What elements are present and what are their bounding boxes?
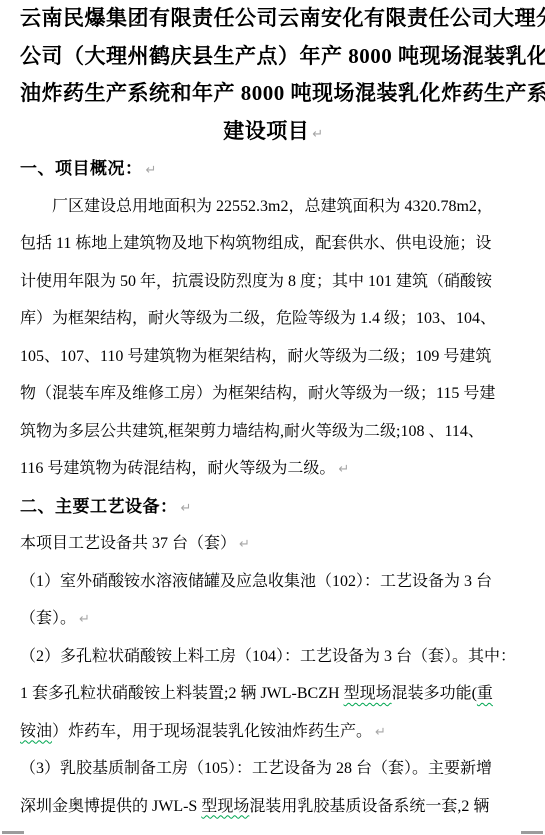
body-line: 筑物为多层公共建筑,框架剪力墙结构,耐火等级为二级;108 、114、: [20, 413, 527, 451]
title-line-1: 云南民爆集团有限责任公司云南安化有限责任公司大理分: [20, 0, 527, 38]
heading-text: 二、主要工艺设备：: [20, 497, 178, 516]
title-text: 油炸药生产系统和年产 8000 吨现场混装乳化炸药生产系统: [20, 81, 545, 105]
title-text: 公司（大理州鹤庆县生产点）年产 8000 吨现场混装乳化铵: [20, 44, 545, 68]
equipment-intro-line: 本项目工艺设备共 37 台（套）↵: [20, 525, 527, 563]
item-1-line: （套）。↵: [20, 600, 527, 638]
body-line: 库）为框架结构，耐火等级为二级，危险等级为 1.4 级；103、104、: [20, 300, 527, 338]
paragraph-mark-icon: ↵: [375, 725, 386, 740]
title-text: 云南民爆集团有限责任公司云南安化有限责任公司大理分: [20, 6, 545, 30]
title-line-4: 建设项目↵: [20, 113, 527, 151]
body-line: 厂区建设总用地面积为 22552.3m2，总建筑面积为 4320.78m2，: [20, 188, 527, 226]
item-2-line: 1 套多孔粒状硝酸铵上料装置;2 辆 JWL-BCZH 型现场混装多功能(重: [20, 675, 527, 713]
heading-text: 一、项目概况：: [20, 159, 143, 178]
item-2-line: 铵油）炸药车，用于现场混装乳化铵油炸药生产。↵: [20, 713, 527, 751]
body-line: 105、107、110 号建筑物为框架结构，耐火等级为二级；109 号建筑: [20, 338, 527, 376]
section-1-heading: 一、项目概况：↵: [20, 150, 527, 188]
item-1-line: （1）室外硝酸铵水溶液储罐及应急收集池（102）：工艺设备为 3 台: [20, 563, 527, 601]
paragraph-mark-icon: ↵: [79, 612, 90, 627]
paragraph-mark-icon: ↵: [312, 127, 323, 142]
item-3-line: （3）乳胶基质制备工房（105）：工艺设备为 28 台（套）。主要新增: [20, 750, 527, 788]
page-bottom-right-bar: [521, 831, 543, 834]
paragraph-mark-icon: ↵: [239, 537, 250, 552]
spellcheck-flagged-text: 型现场: [344, 685, 392, 702]
body-line: 计使用年限为 50 年，抗震设防烈度为 8 度；其中 101 建筑（硝酸铵: [20, 263, 527, 301]
body-line: 116 号建筑物为砖混结构，耐火等级为二级。↵: [20, 450, 527, 488]
document-page: 云南民爆集团有限责任公司云南安化有限责任公司大理分 公司（大理州鹤庆县生产点）年…: [0, 0, 545, 825]
title-line-3: 油炸药生产系统和年产 8000 吨现场混装乳化炸药生产系统: [20, 75, 527, 113]
title-line-2: 公司（大理州鹤庆县生产点）年产 8000 吨现场混装乳化铵: [20, 38, 527, 76]
item-3-line: 深圳金奥博提供的 JWL-S 型现场混装用乳胶基质设备系统一套,2 辆: [20, 788, 527, 826]
spellcheck-flagged-text: 铵油: [20, 723, 52, 740]
paragraph-mark-icon: ↵: [181, 501, 192, 516]
body-line: 物（混装车库及维修工房）为框架结构，耐火等级为一级；115 号建: [20, 375, 527, 413]
item-2-line: （2）多孔粒状硝酸铵上料工房（104）：工艺设备为 3 台（套）。其中：: [20, 638, 527, 676]
spellcheck-flagged-text: 重: [477, 685, 493, 702]
page-bottom-left-bar: [2, 831, 24, 834]
spellcheck-flagged-text: 型现场: [201, 798, 249, 815]
paragraph-mark-icon: ↵: [146, 163, 157, 178]
title-text: 建设项目: [223, 119, 309, 143]
paragraph-mark-icon: ↵: [338, 462, 349, 477]
section-2-heading: 二、主要工艺设备：↵: [20, 488, 527, 526]
body-line: 包括 11 栋地上建筑物及地下构筑物组成，配套供水、供电设施；设: [20, 225, 527, 263]
